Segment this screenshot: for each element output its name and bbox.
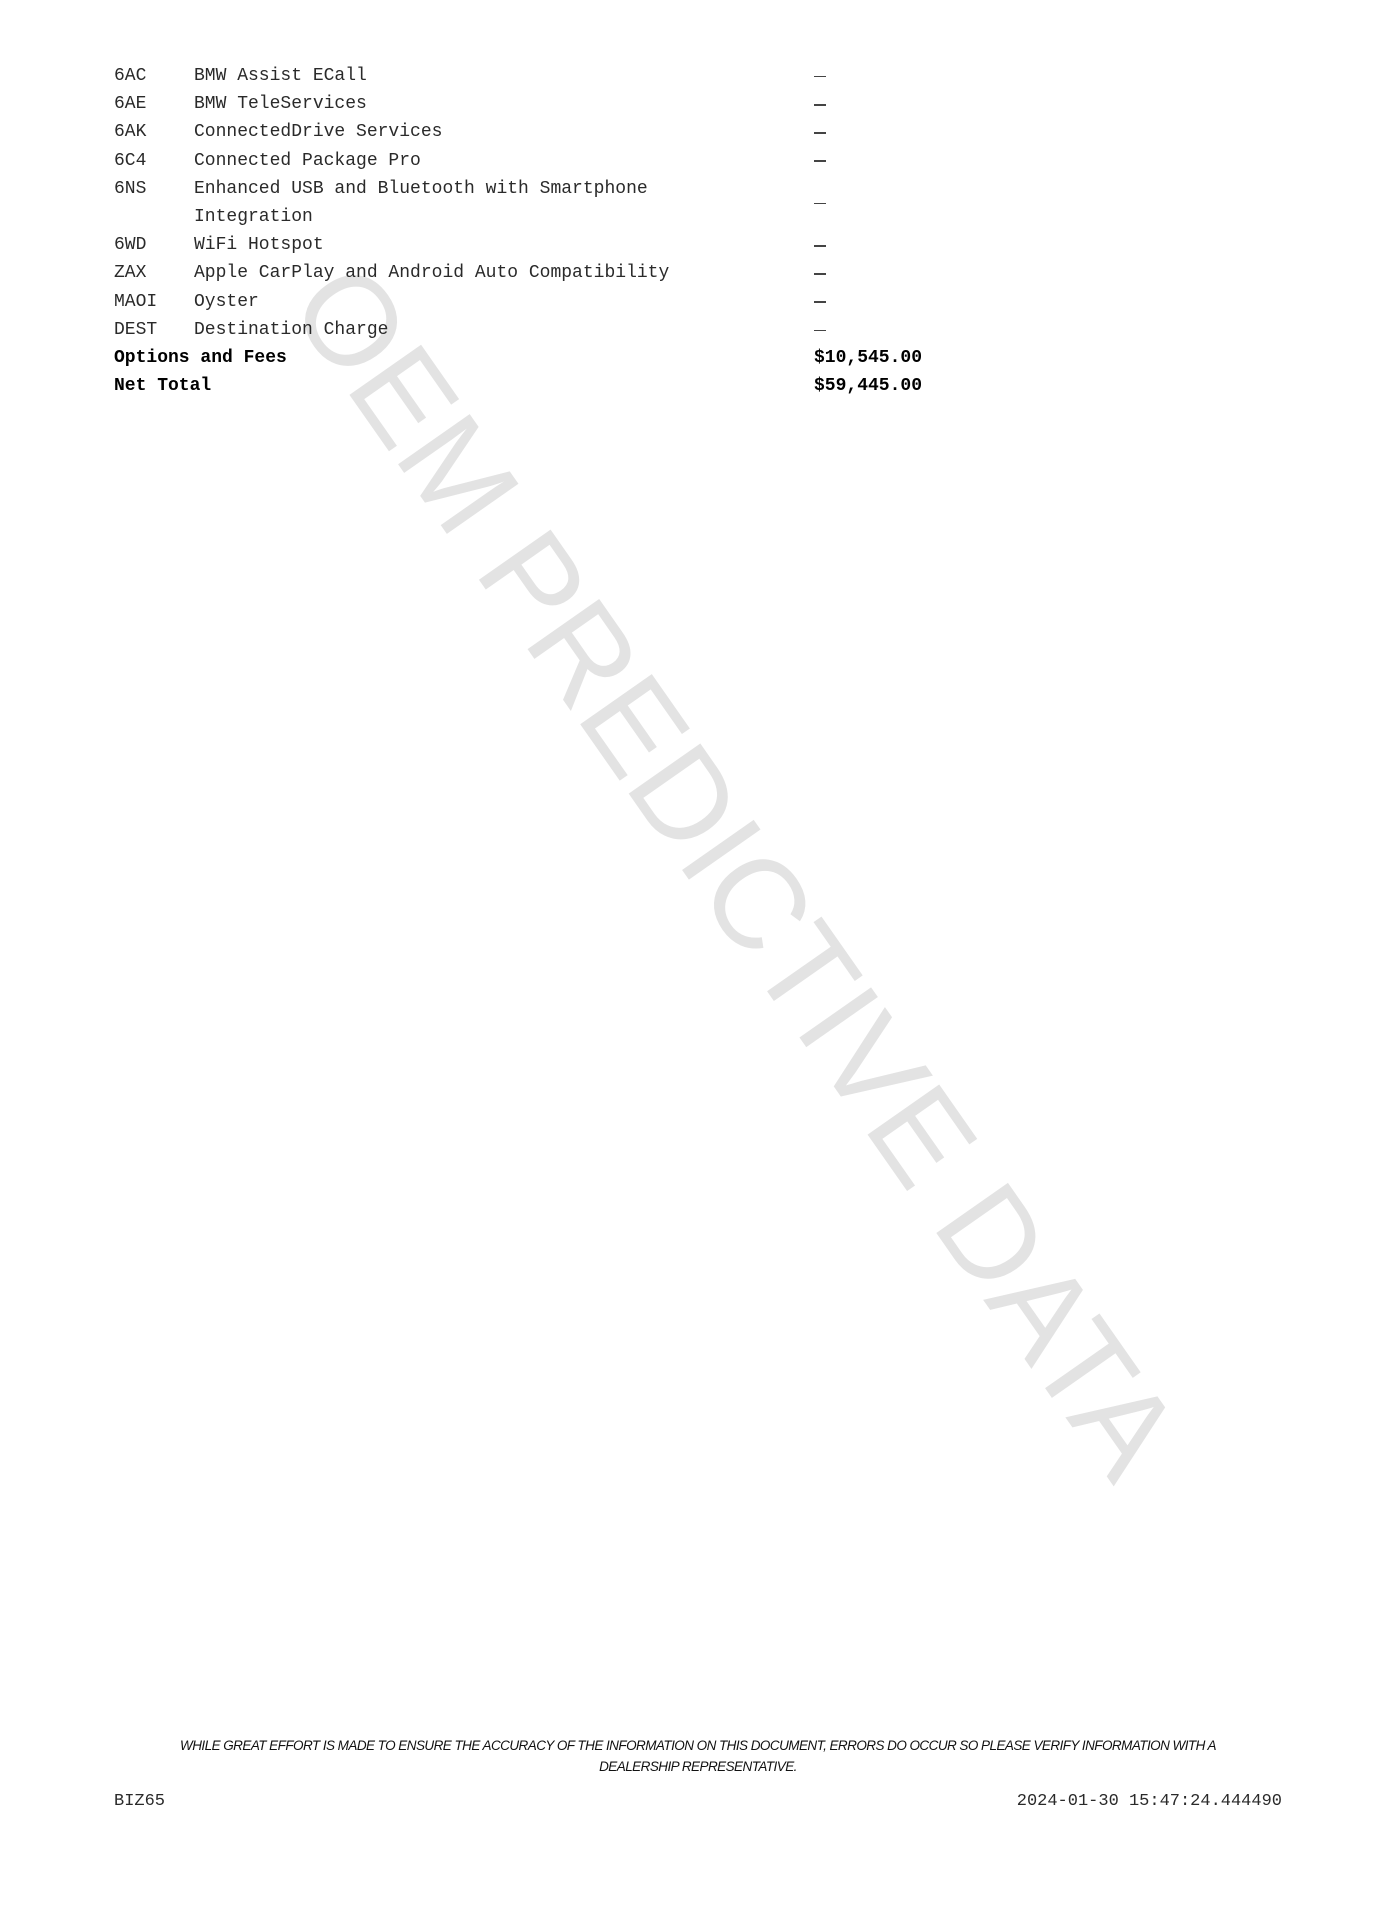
option-amount: [814, 288, 826, 316]
dash-icon: [814, 132, 826, 134]
dash-icon: [814, 104, 826, 106]
option-code: 6AC: [114, 62, 194, 90]
list-item: 6AK ConnectedDrive Services: [114, 118, 1014, 146]
option-code: MAOI: [114, 288, 194, 316]
option-amount: [814, 90, 826, 118]
option-code: 6NS: [114, 175, 194, 231]
option-code: 6C4: [114, 147, 194, 175]
dash-icon: [814, 76, 826, 78]
option-code: 6WD: [114, 231, 194, 259]
option-description: ConnectedDrive Services: [194, 118, 814, 146]
options-list: 6AC BMW Assist ECall 6AE BMW TeleService…: [114, 62, 1014, 400]
document-page: OEM PREDICTIVE DATA 6AC BMW Assist ECall…: [0, 0, 1396, 1920]
watermark: OEM PREDICTIVE DATA: [270, 244, 1201, 1498]
list-item: ZAX Apple CarPlay and Android Auto Compa…: [114, 259, 1014, 287]
option-amount: [814, 175, 826, 231]
option-code: 6AK: [114, 118, 194, 146]
option-description: Oyster: [194, 288, 814, 316]
option-description: WiFi Hotspot: [194, 231, 814, 259]
dash-icon: [814, 203, 826, 205]
option-description: Enhanced USB and Bluetooth with Smartpho…: [194, 175, 814, 231]
list-item: 6WD WiFi Hotspot: [114, 231, 1014, 259]
option-amount: [814, 259, 826, 287]
dash-icon: [814, 245, 826, 247]
option-description: BMW TeleServices: [194, 90, 814, 118]
list-item: 6AE BMW TeleServices: [114, 90, 1014, 118]
options-and-fees-row: Options and Fees $10,545.00: [114, 344, 1014, 372]
options-and-fees-label: Options and Fees: [114, 344, 814, 372]
list-item: DEST Destination Charge: [114, 316, 1014, 344]
net-total-row: Net Total $59,445.00: [114, 372, 1014, 400]
dash-icon: [814, 160, 826, 162]
option-description: Destination Charge: [194, 316, 814, 344]
option-amount: [814, 118, 826, 146]
option-code: DEST: [114, 316, 194, 344]
list-item: MAOI Oyster: [114, 288, 1014, 316]
option-description-line1: Enhanced USB and Bluetooth with Smartpho…: [194, 179, 648, 199]
dash-icon: [814, 273, 826, 275]
footer-timestamp: 2024-01-30 15:47:24.444490: [1017, 1792, 1282, 1811]
list-item: 6C4 Connected Package Pro: [114, 147, 1014, 175]
net-total-value: $59,445.00: [814, 372, 922, 400]
footer-document-code: BIZ65: [114, 1792, 165, 1811]
option-description: BMW Assist ECall: [194, 62, 814, 90]
option-description: Apple CarPlay and Android Auto Compatibi…: [194, 259, 814, 287]
option-description: Connected Package Pro: [194, 147, 814, 175]
dash-icon: [814, 301, 826, 303]
dash-icon: [814, 330, 826, 332]
disclaimer-line1: WHILE GREAT EFFORT IS MADE TO ENSURE THE…: [0, 1735, 1396, 1756]
net-total-label: Net Total: [114, 372, 814, 400]
option-code: ZAX: [114, 259, 194, 287]
option-amount: [814, 62, 826, 90]
option-code: 6AE: [114, 90, 194, 118]
list-item: 6AC BMW Assist ECall: [114, 62, 1014, 90]
option-amount: [814, 231, 826, 259]
disclaimer: WHILE GREAT EFFORT IS MADE TO ENSURE THE…: [0, 1735, 1396, 1777]
option-amount: [814, 316, 826, 344]
option-amount: [814, 147, 826, 175]
options-and-fees-value: $10,545.00: [814, 344, 922, 372]
option-description-line2: Integration: [194, 207, 313, 227]
list-item: 6NS Enhanced USB and Bluetooth with Smar…: [114, 175, 1014, 231]
disclaimer-line2: DEALERSHIP REPRESENTATIVE.: [0, 1756, 1396, 1777]
